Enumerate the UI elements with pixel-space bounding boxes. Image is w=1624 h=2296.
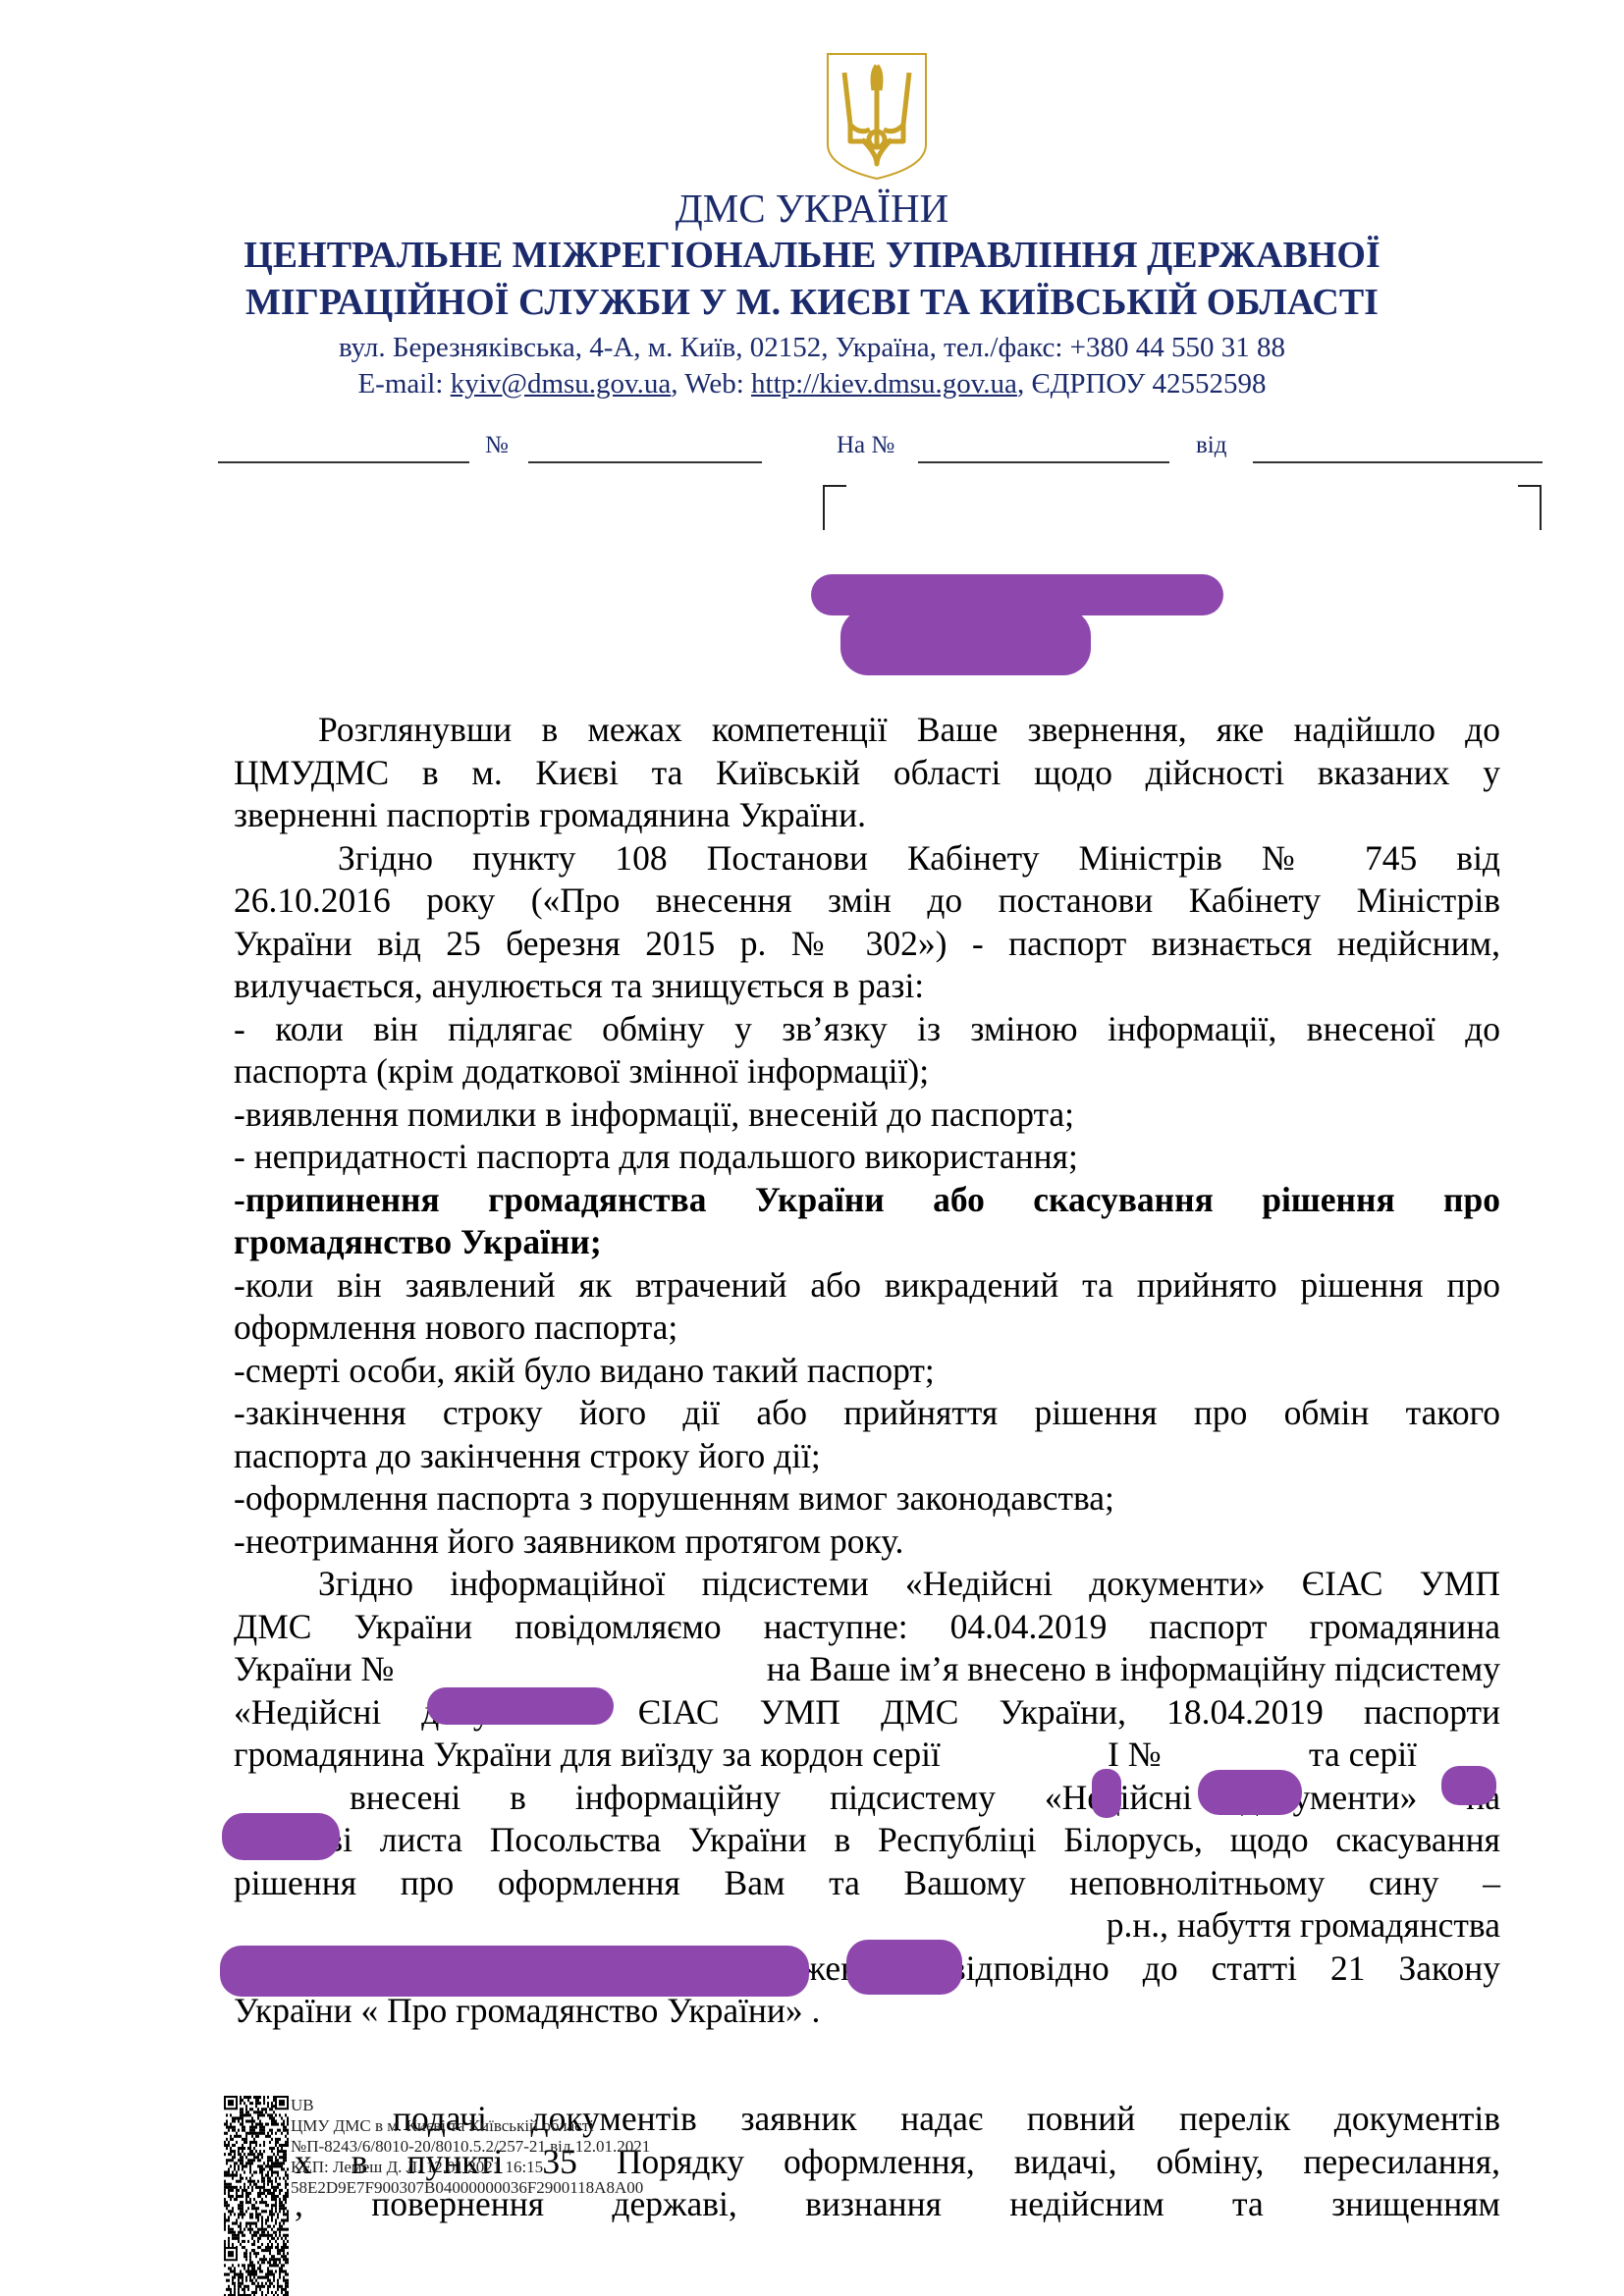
letter-page: ДМС УКРАЇНИ ЦЕНТРАЛЬНЕ МІЖРЕГІОНАЛЬНЕ УП…	[0, 0, 1624, 2296]
web-link[interactable]: http://kiev.dmsu.gov.ua	[751, 368, 1017, 400]
body-line: підставі листа Посольства України в Респ…	[234, 1819, 1500, 1862]
redacted-series	[1092, 1769, 1121, 1818]
list-item-bold: громадянство України;	[234, 1221, 1500, 1264]
body-text: громадянина України для виїзду за кордон…	[234, 1735, 941, 1774]
list-item: - коли він підлягає обміну у зв’язку із …	[234, 1008, 1500, 1051]
redacted-son-name	[220, 1946, 809, 1997]
agency-full-name-line1: ЦЕНТРАЛЬНЕ МІЖРЕГІОНАЛЬНЕ УПРАВЛІННЯ ДЕР…	[0, 234, 1624, 277]
number-label: №	[485, 432, 509, 459]
body-line: «Недійсні документи» ЄІАС УМП ДМС Україн…	[234, 1691, 1500, 1735]
passport-number-label: України №	[234, 1649, 394, 1688]
edrpou-code: , ЄДРПОУ 42552598	[1017, 368, 1267, 400]
list-item: -неотримання його заявником протягом рок…	[234, 1521, 1500, 1564]
reply-to-label: На №	[837, 432, 894, 459]
qr-code-icon	[224, 2096, 289, 2296]
body-line: вилучається, анулюється та знищується в …	[234, 965, 1500, 1008]
redacted-addressee-line2	[840, 609, 1091, 675]
series-label: та серії	[1309, 1734, 1417, 1777]
body-line: Розглянувши в межах компетенції Ваше зве…	[234, 709, 1500, 752]
list-item: -виявлення помилки в інформації, внесені…	[234, 1094, 1500, 1137]
body-line: рішення про оформлення Вам та Вашому неп…	[234, 1862, 1500, 1905]
stamp-line: КЕП: Лемеш Д. Л. 12.01.2021 16:15	[291, 2157, 650, 2177]
list-item-bold: -припинення громадянства України або ска…	[234, 1179, 1500, 1222]
digital-signature-stamp: UB ЦМУ ДМС в м. Києві та Київській облас…	[291, 2095, 650, 2198]
stamp-line: 58E2D9E7F900307B04000000036F2900118A8A00	[291, 2177, 650, 2198]
email-label: E-mail:	[357, 368, 450, 400]
redacted-passport-number	[427, 1687, 614, 1725]
stamp-line: ЦМУ ДМС в м. Києві та Київській області	[291, 2115, 650, 2136]
email-link[interactable]: kyiv@dmsu.gov.ua	[451, 368, 672, 400]
body-line: 26.10.2016 року («Про внесення змін до п…	[234, 880, 1500, 923]
letter-body: Розглянувши в межах компетенції Ваше зве…	[234, 709, 1500, 2033]
stamp-line: UB	[291, 2095, 650, 2115]
addressee-corner-left	[823, 485, 846, 530]
trident-coat-of-arms-icon	[825, 51, 929, 181]
body-line: України № на Ваше ім’я внесено в інформа…	[234, 1648, 1500, 1691]
date-label: від	[1196, 432, 1226, 459]
body-line: Згідно пункту 108 Постанови Кабінету Мін…	[234, 837, 1500, 881]
redacted-son-birthdate	[846, 1940, 962, 1995]
body-line: внесені в інформаційну підсистему «Недій…	[234, 1777, 1500, 1820]
body-line: України від 25 березня 2015 р. № 302») -…	[234, 923, 1500, 966]
redacted-series-2	[1441, 1766, 1496, 1805]
reply-date-blank	[1253, 461, 1543, 463]
list-item: -коли він заявлений як втрачений або вик…	[234, 1264, 1500, 1308]
stamp-line: №П-8243/6/8010-20/8010.5.2/257-21 від 12…	[291, 2136, 650, 2157]
agency-full-name-line2: МІГРАЦІЙНОЇ СЛУЖБИ У М. КИЄВІ ТА КИЇВСЬК…	[0, 281, 1624, 324]
list-item: -закінчення строку його дії або прийнятт…	[234, 1392, 1500, 1435]
agency-address: вул. Березняківська, 4-А, м. Київ, 02152…	[0, 332, 1624, 364]
web-label: , Web:	[671, 368, 751, 400]
body-line: зверненні паспортів громадянина України.	[234, 794, 1500, 837]
addressee-corner-right	[1518, 485, 1542, 530]
redacted-series-2-cont	[222, 1813, 340, 1860]
body-line: громадянина України для виїзду за кордон…	[234, 1734, 1500, 1777]
body-line: ЦМУДМС в м. Києві та Київській області щ…	[234, 752, 1500, 795]
body-line: Згідно інформаційної підсистеми «Недійсн…	[234, 1563, 1500, 1606]
reply-number-blank	[918, 461, 1169, 463]
list-item: - непридатності паспорта для подальшого …	[234, 1136, 1500, 1179]
body-line: ДМС України повідомляємо наступне: 04.04…	[234, 1606, 1500, 1649]
list-item: -смерті особи, якій було видано такий па…	[234, 1350, 1500, 1393]
list-item: паспорта до закінчення строку його дії;	[234, 1435, 1500, 1478]
redacted-passport-number-2	[1198, 1770, 1302, 1815]
series-number-label: І №	[1108, 1734, 1162, 1777]
outgoing-date-blank	[218, 461, 469, 463]
outgoing-number-blank	[528, 461, 762, 463]
list-item: -оформлення паспорта з порушенням вимог …	[234, 1477, 1500, 1521]
agency-short-name: ДМС УКРАЇНИ	[0, 185, 1624, 232]
agency-contacts: E-mail: kyiv@dmsu.gov.ua, Web: http://ki…	[0, 368, 1624, 400]
list-item: паспорта (крім додаткової змінної інформ…	[234, 1050, 1500, 1094]
list-item: оформлення нового паспорта;	[234, 1307, 1500, 1350]
body-text: на Ваше ім’я внесено в інформаційну підс…	[767, 1648, 1500, 1691]
